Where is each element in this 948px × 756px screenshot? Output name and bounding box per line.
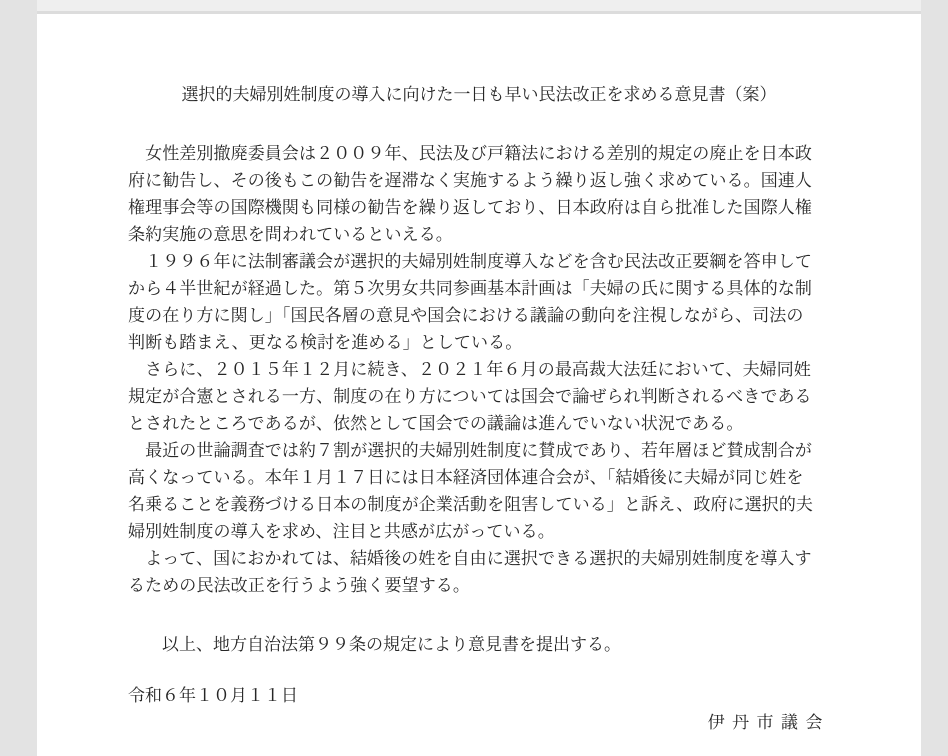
previous-page-edge [37, 0, 921, 11]
body-line: 高くなっている。本年１月１７日には日本経済団体連合会が、「結婚後に夫婦が同じ姓を [128, 464, 830, 491]
signature-council-name: 伊丹市議会 [128, 709, 830, 736]
document-body: 女性差別撤廃委員会は２００９年、民法及び戸籍法における差別的規定の廃止を日本政 … [128, 140, 830, 599]
document-page: 選択的夫婦別姓制度の導入に向けた一日も早い民法改正を求める意見書（案） 女性差別… [37, 14, 921, 756]
body-line: 条約実施の意思を問われているといえる。 [128, 221, 830, 248]
body-line: 府に勧告し、その後もこの勧告を遅滞なく実施するよう繰り返し強く求めている。国連人 [128, 167, 830, 194]
body-line: よって、国におかれては、結婚後の姓を自由に選択できる選択的夫婦別姓制度を導入す [128, 545, 830, 572]
body-line: とされたところであるが、依然として国会での議論は進んでいない状況である。 [128, 410, 830, 437]
body-line: 名乗ることを義務づける日本の制度が企業活動を阻害している」と訴え、政府に選択的夫 [128, 491, 830, 518]
body-line: 規定が合憲とされる一方、制度の在り方については国会で論ぜられ判断されるべきである [128, 383, 830, 410]
body-line: 女性差別撤廃委員会は２００９年、民法及び戸籍法における差別的規定の廃止を日本政 [128, 140, 830, 167]
closing-statement: 以上、地方自治法第９９条の規定により意見書を提出する。 [128, 631, 830, 658]
body-line: るための民法改正を行うよう強く要望する。 [128, 572, 830, 599]
date-line: 令和６年１０月１１日 [128, 682, 830, 709]
body-line: 判断も踏まえ、更なる検討を進める」としている。 [128, 329, 830, 356]
body-line: さらに、２０１５年１２月に続き、２０２１年６月の最高裁大法廷において、夫婦同姓 [128, 356, 830, 383]
body-line: から４半世紀が経過した。第５次男女共同参画基本計画は「夫婦の氏に関する具体的な制 [128, 275, 830, 302]
document-title: 選択的夫婦別姓制度の導入に向けた一日も早い民法改正を求める意見書（案） [128, 81, 830, 108]
body-line: 権理事会等の国際機関も同様の勧告を繰り返しており、日本政府は自ら批准した国際人権 [128, 194, 830, 221]
body-line: 度の在り方に関し」「国民各層の意見や国会における議論の動向を注視しながら、司法の [128, 302, 830, 329]
body-line: 婦別姓制度の導入を求め、注目と共感が広がっている。 [128, 518, 830, 545]
body-line: １９９６年に法制審議会が選択的夫婦別姓制度導入などを含む民法改正要綱を答申して [128, 248, 830, 275]
body-line: 最近の世論調査では約７割が選択的夫婦別姓制度に賛成であり、若年層ほど賛成割合が [128, 437, 830, 464]
